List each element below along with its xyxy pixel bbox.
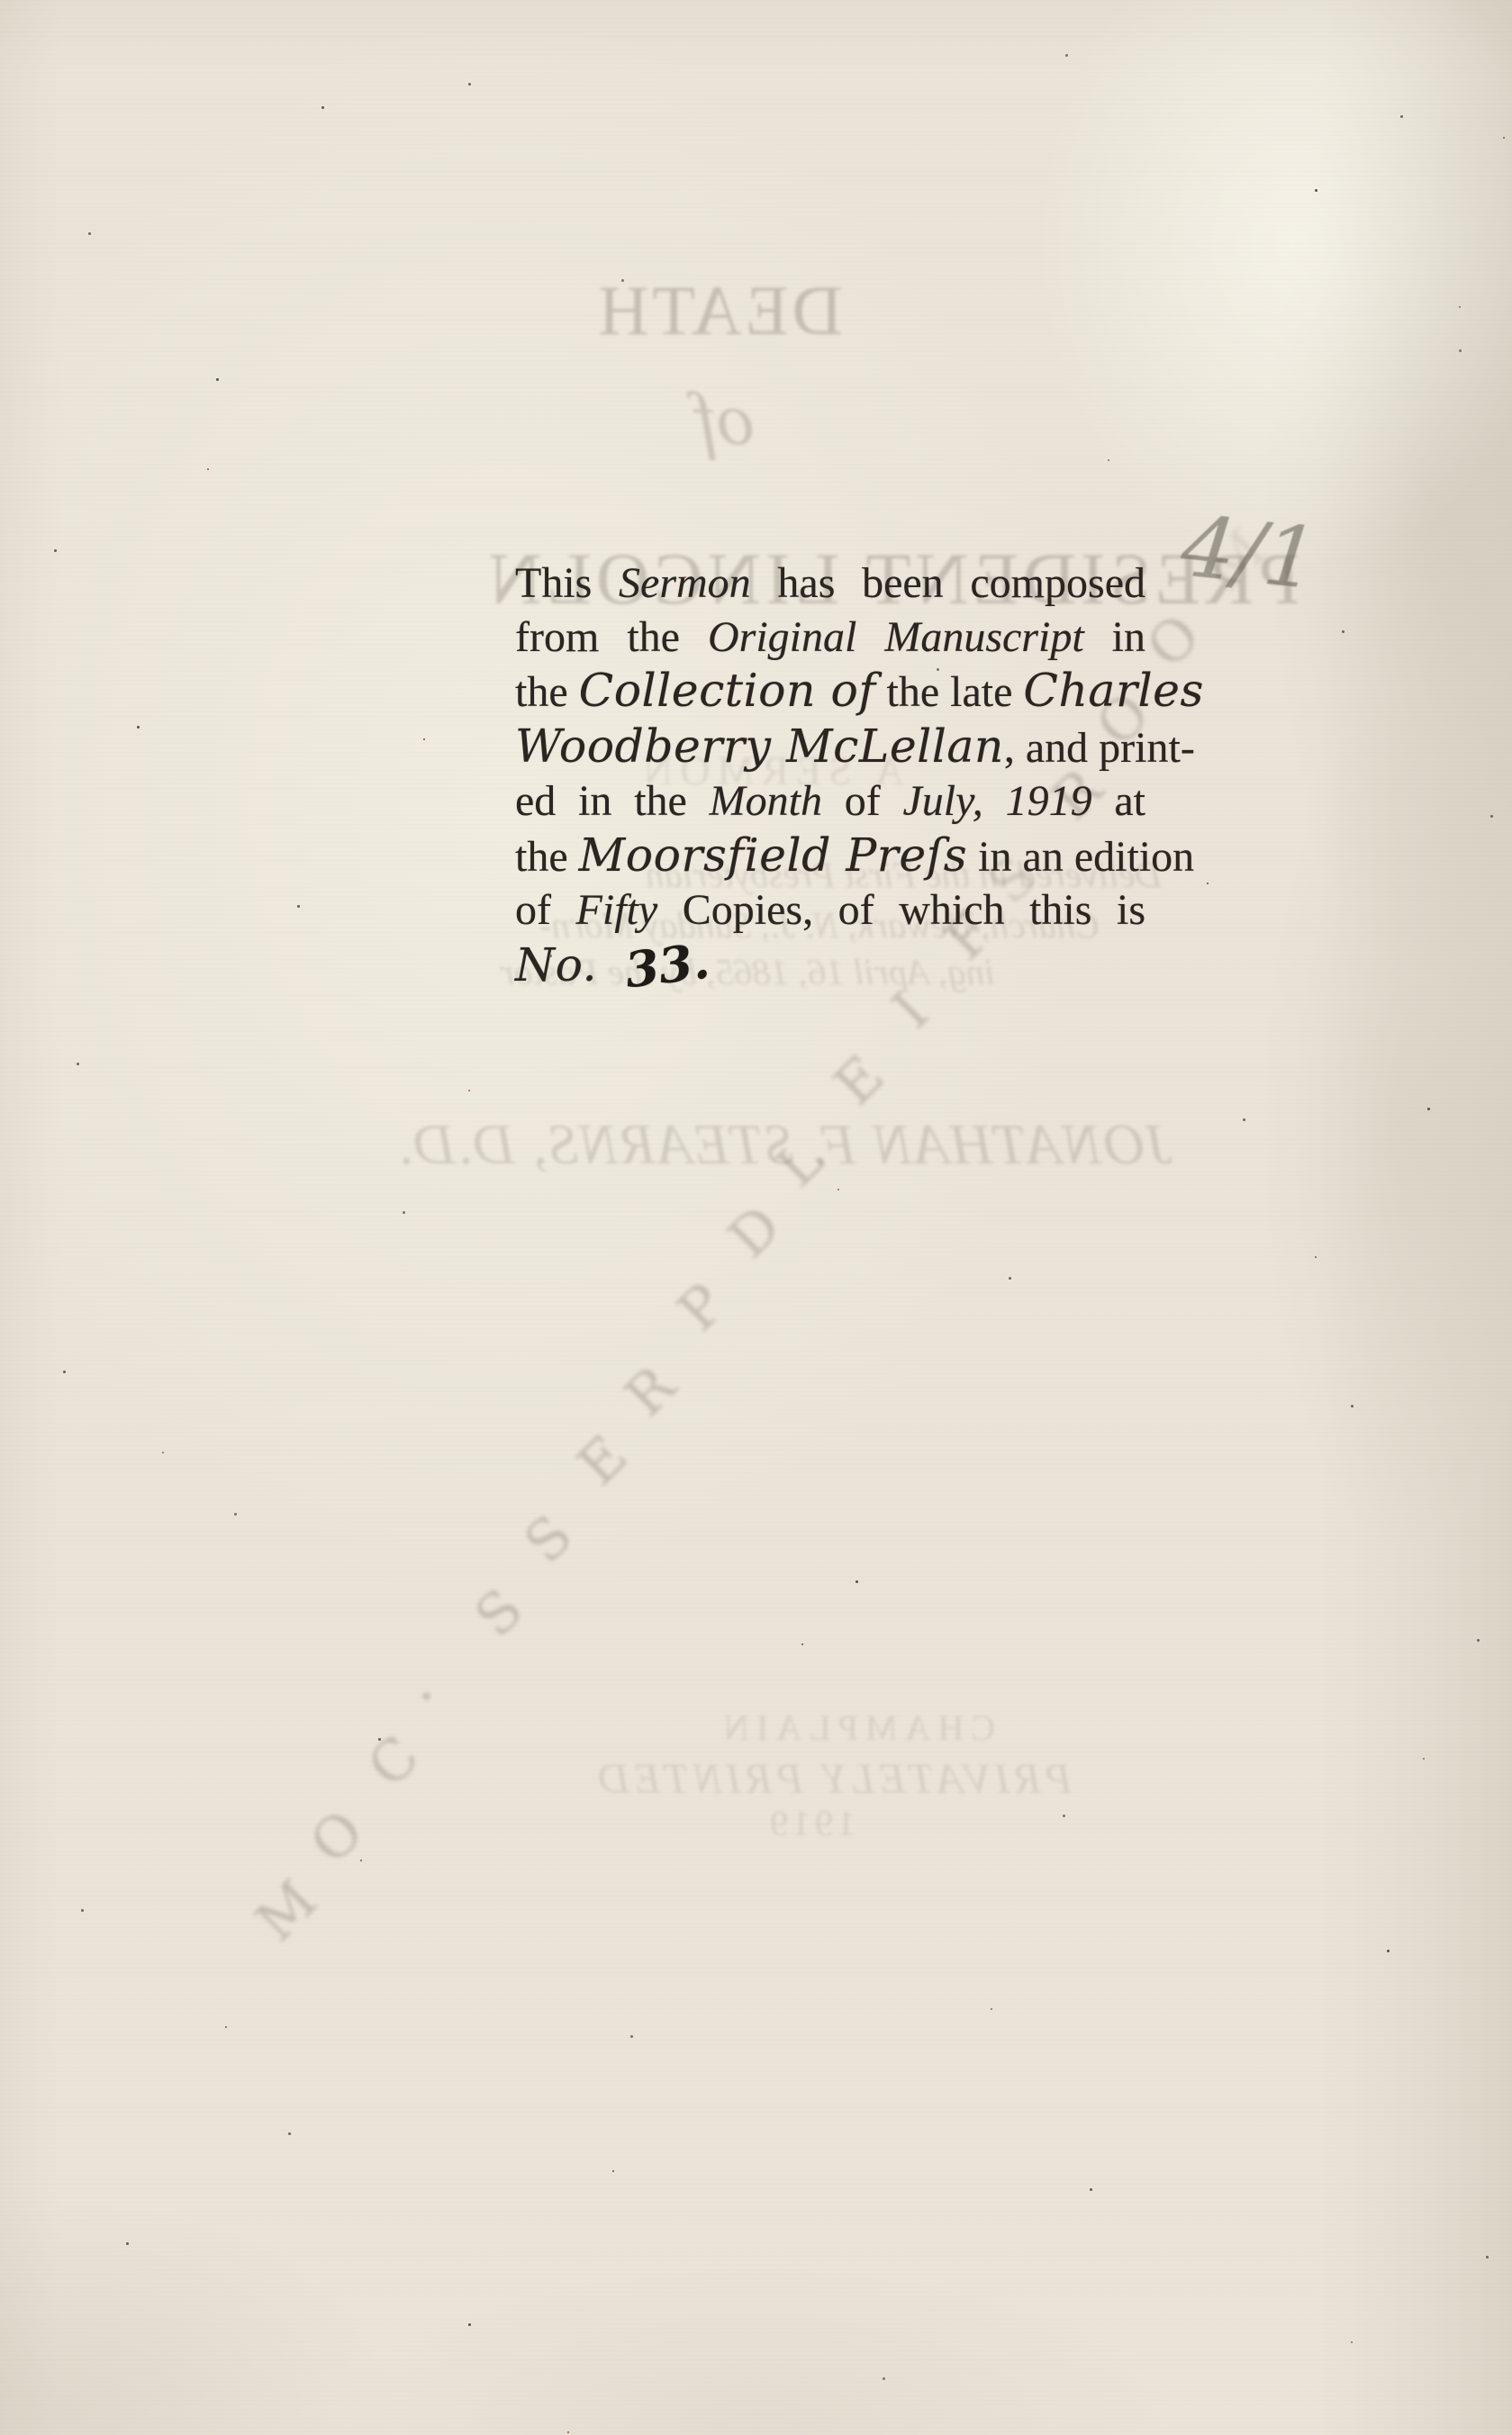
watermark-letter: S (466, 1580, 532, 1646)
pencil-mark: 4/1 (1178, 504, 1322, 602)
colophon-line: No. 33. (515, 937, 1145, 994)
text-run: at (1092, 777, 1145, 825)
watermark-letter: R (616, 1357, 685, 1426)
colophon-line: ed in the Month of July, 1919 at (515, 774, 1145, 828)
watermark-letter: L (767, 1131, 833, 1197)
text-run: Copies, of which this is (657, 886, 1145, 934)
colophon-line: This Sermon has been composed (515, 557, 1145, 611)
text-run: in (1084, 613, 1145, 661)
text-run: of (515, 886, 576, 934)
watermark-letter: E (568, 1426, 637, 1495)
text-run: the late (875, 668, 1023, 716)
watermark-letter: P (668, 1274, 734, 1340)
colophon-line: of Fifty Copies, of which this is (515, 883, 1145, 937)
text-run: of (822, 777, 903, 825)
text-run: in an edition (967, 833, 1194, 881)
text-run: Charles (1023, 664, 1203, 717)
watermark-letter: E (825, 1046, 893, 1115)
watermark-layer: MOORSFIELDPRESS·COM (0, 0, 1512, 2435)
text-run: July, 1919 (903, 777, 1092, 825)
text-run: from the (515, 613, 708, 661)
colophon-line: from the Original Manuscript in (515, 611, 1145, 665)
text-run: 33. (622, 934, 712, 997)
text-run: Original Manuscript (708, 613, 1084, 661)
text-run: No. (515, 938, 612, 991)
colophon-line: the Moorsfield Preſs in an edition (515, 828, 1145, 884)
text-run: the (515, 833, 579, 881)
text-run: Fifty (576, 886, 658, 934)
text-run: Month (710, 777, 822, 825)
book-page: DEATHofPRESIDENT LINCOLNA SERMONDelivere… (0, 0, 1512, 2435)
text-run: Woodberry McLellan (515, 720, 1004, 773)
text-run: Collection of (579, 664, 876, 717)
watermark-letter: C (358, 1726, 428, 1796)
text-run: , and print- (1004, 724, 1195, 772)
text-run: has been composed (751, 559, 1145, 607)
watermark-letter: · (401, 1670, 453, 1723)
text-run: ed in the (515, 777, 710, 825)
text-run: the (515, 668, 579, 716)
colophon-line: the Collection of the late Charles (515, 664, 1145, 720)
watermark-letter: M (247, 1871, 327, 1951)
text-run: Moorsfield Preſs (579, 828, 968, 882)
watermark-letter: O (301, 1801, 373, 1873)
colophon-line: Woodberry McLellan, and print- (515, 720, 1145, 775)
watermark-letter: D (720, 1197, 791, 1268)
text-run: Sermon (619, 559, 751, 607)
watermark-letter: S (515, 1506, 582, 1572)
text-run: This (515, 559, 619, 607)
colophon: This Sermon has been composedfrom the Or… (515, 557, 1145, 993)
